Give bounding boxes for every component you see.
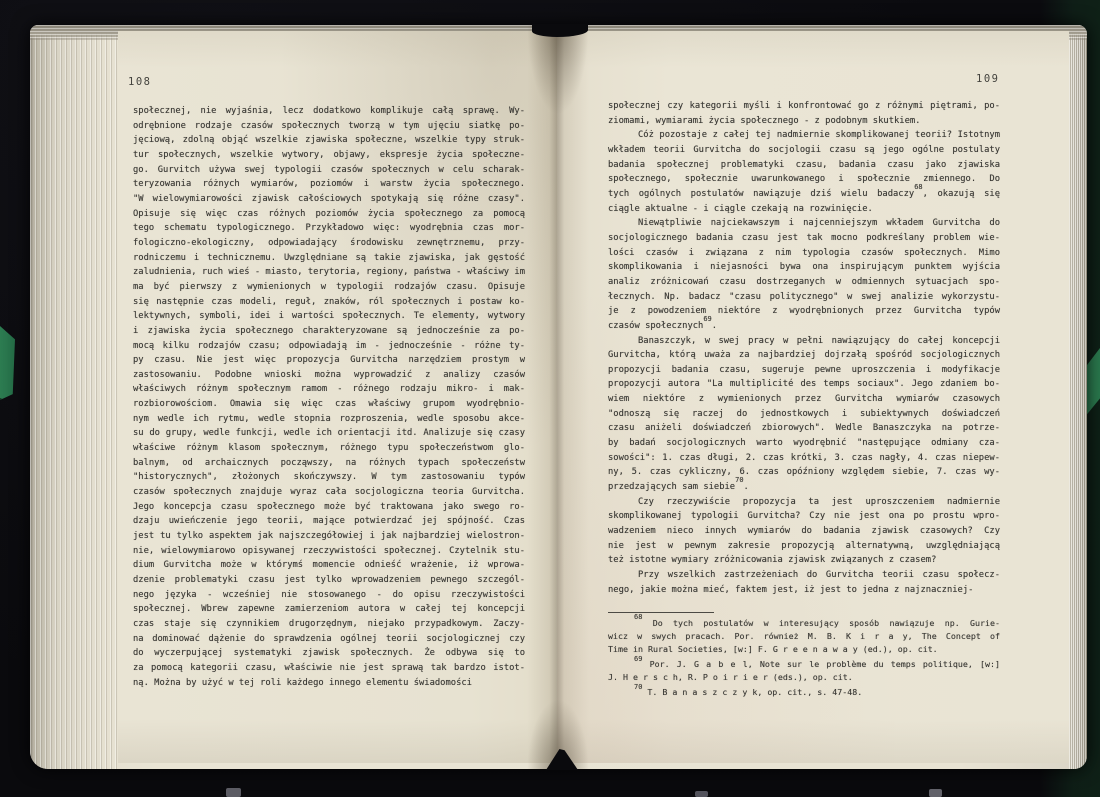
text-line: czas staje się czynnikiem drugorzędnym, … (133, 617, 525, 632)
text-line: zastosowaniu. Podobne wnioski można wypr… (133, 368, 525, 383)
text-line: dzaju uwieńczenie jego teorii, mające po… (133, 514, 525, 529)
text-line: mocą kilku rodzajów czasu; odpowiadają i… (133, 339, 525, 354)
text-line: Czy rzeczywiście propozycja ta jest upro… (608, 495, 1000, 510)
text-line: do wyczerpującej systematyki zjawisk spo… (133, 646, 525, 661)
text-line: J. H e r s c h, R. P o i r i e r (eds.),… (608, 671, 1000, 684)
text-line: by badań socjologicznych warto wyodrębni… (608, 436, 1000, 451)
paragraph: Czy rzeczywiście propozycja ta jest upro… (608, 495, 1000, 568)
text-line: ma być pierwszy z wymienionych w typolog… (133, 280, 525, 295)
page-number-right: 109 (976, 73, 999, 85)
text-line: py czasu. Nie jest więc propozycja Gurvi… (133, 353, 525, 368)
text-line: ciągle aktualne - i ciągle czekają na ro… (608, 202, 1000, 217)
scanner-artifact (226, 788, 241, 797)
text-line: propozycji autora "La multiplicité des t… (608, 377, 1000, 392)
right-page-text: społecznej czy kategorii myśli i konfron… (608, 99, 1000, 597)
text-line: społecznej, nie wyjaśnia, lecz dodatkowo… (133, 104, 525, 119)
text-line: analiz zróżnicowań czasu dostrzeganych w… (608, 275, 1000, 290)
page-stack-right-edge (1069, 25, 1087, 769)
text-line: ną. Można by użyć w tej roli każdego inn… (133, 676, 525, 691)
text-line: je z powodzeniem niektóre z wyodrębniony… (608, 304, 1000, 319)
paragraph: Banaszczyk, w swej pracy w pełni nawiązu… (608, 334, 1000, 495)
text-line: 70 T. B a n a s z c z y k, op. cit., s. … (608, 686, 1000, 699)
text-line: lektywnych, symboli, idei i wartości spo… (133, 309, 525, 324)
text-line: balnym, od archaicznych począwszy, na ró… (133, 456, 525, 471)
text-line: Niewątpliwie najciekawszym i najcenniejs… (608, 216, 1000, 231)
text-line: 69 Por. J. G a b e l, Note sur le problè… (608, 658, 1000, 671)
book-cover-green-left (0, 326, 15, 400)
text-line: przedzających sam siebie70. (608, 480, 1000, 495)
paragraph: Cóż pozostaje z całej tej nadmiernie sko… (608, 128, 1000, 216)
text-line: Przy wszelkich zastrzeżeniach do Gurvitc… (608, 568, 1000, 583)
text-line: wkładem teorii Gurvitcha do socjologii c… (608, 143, 1000, 158)
text-line: zaludnienia, ruch wieś - miasto, terytor… (133, 265, 525, 280)
text-line: skomplikowanej typologii Gurvitcha? Czy … (608, 509, 1000, 524)
text-line: na dominować dążenie do sprawdzenia ogól… (133, 632, 525, 647)
paragraph: społecznej czy kategorii myśli i konfron… (608, 99, 1000, 128)
left-page: 108 społecznej, nie wyjaśnia, lecz dodat… (118, 31, 557, 763)
paragraph: 68 Do tych postulatów w interesujący spo… (608, 617, 1000, 656)
text-line: nego, jakie można mieć, faktem jest, iż … (608, 583, 1000, 598)
footnotes: 68 Do tych postulatów w interesujący spo… (608, 617, 1000, 702)
page-number-left: 108 (128, 76, 151, 88)
paragraph: Przy wszelkich zastrzeżeniach do Gurvitc… (608, 568, 1000, 597)
text-line: Opisuje się więc czas różnych poziomów ż… (133, 207, 525, 222)
text-line: dium Gurvitcha może w którymś momencie o… (133, 558, 525, 573)
paragraph: społecznej, nie wyjaśnia, lecz dodatkowo… (133, 104, 525, 690)
text-line: czasu aniżeli doświadczeń zbiorowych". W… (608, 421, 1000, 436)
text-line: społecznej. Wbrew zapewne zamierzeniom a… (133, 602, 525, 617)
text-line: nego języka - wcześniej nie stosowanego … (133, 588, 525, 603)
paragraph: Niewątpliwie najciekawszym i najcenniejs… (608, 216, 1000, 333)
text-line: jest tu tylko aspektem jak najszczegółow… (133, 529, 525, 544)
left-page-text: społecznej, nie wyjaśnia, lecz dodatkowo… (133, 104, 525, 690)
text-line: "historycznych", złożonych skończywszy. … (133, 470, 525, 485)
text-line: Banaszczyk, w swej pracy w pełni nawiązu… (608, 334, 1000, 349)
text-line: "odnoszą się raczej do jednostkowych i s… (608, 407, 1000, 422)
footnote-separator (608, 612, 714, 613)
scanner-artifact (695, 791, 708, 797)
text-line: społecznej czy kategorii myśli i konfron… (608, 99, 1000, 114)
text-line: sowości": 1. czas długi, 2. czas krótki,… (608, 451, 1000, 466)
text-line: właściwe różnym klasom społecznym, różne… (133, 441, 525, 456)
text-line: wiem niektóre z wymienionych przez Gurvi… (608, 392, 1000, 407)
text-line: nie, wielowymiarowo opisywanej rzeczywis… (133, 544, 525, 559)
text-line: właściwych różnym społecznym ramom - róż… (133, 382, 525, 397)
text-line: nie jest w pewnym zakresie propozycją al… (608, 539, 1000, 554)
scanned-book-photo: 108 społecznej, nie wyjaśnia, lecz dodat… (0, 0, 1100, 797)
open-book: 108 społecznej, nie wyjaśnia, lecz dodat… (30, 25, 1087, 769)
text-line: teryzowania różnych wymiarów, poziomów i… (133, 177, 525, 192)
text-line: czasów społecznych69. (608, 319, 1000, 334)
text-line: odrębnione rodzaje czasów społecznych tw… (133, 119, 525, 134)
text-line: 68 Do tych postulatów w interesujący spo… (608, 617, 1000, 630)
text-line: jęciową, zdolną objąć wszelkie zjawiska … (133, 133, 525, 148)
text-line: wadzeniem nieco innych wymiarów do badan… (608, 524, 1000, 539)
text-line: "W wielowymiarowości zjawisk całościowyc… (133, 192, 525, 207)
text-line: propozycji badania czasu, sugeruje pewne… (608, 363, 1000, 378)
text-line: Time in Rural Societies, [w:] F. G r e e… (608, 643, 1000, 656)
text-line: ziomami, wymiarami życia społecznego - z… (608, 114, 1000, 129)
text-line: su do grupy, wedle funkcji, wedle ich or… (133, 426, 525, 441)
right-page: 109 społecznej czy kategorii myśli i kon… (557, 31, 1069, 763)
text-line: dzenie problematyki czasu jest tylko wpr… (133, 573, 525, 588)
text-line: lości czasów i związana z nim typologia … (608, 246, 1000, 261)
text-line: Cóż pozostaje z całej tej nadmiernie sko… (608, 128, 1000, 143)
paragraph: 70 T. B a n a s z c z y k, op. cit., s. … (608, 686, 1000, 699)
text-line: czasów społecznych znajduje wyraz cała s… (133, 485, 525, 500)
text-line: Jego koncepcja czasu społecznego może by… (133, 500, 525, 515)
text-line: i zjawiska życia społecznego charakteryz… (133, 324, 525, 339)
text-line: rozbiorowościom. Omawia się więc czas wł… (133, 397, 525, 412)
text-line: też istotne wymiary zróżnicowania zjawis… (608, 553, 1000, 568)
text-line: Gurvitcha, którą uważa za najbardziej do… (608, 348, 1000, 363)
page-stack-left-edge (30, 25, 118, 769)
scanner-artifact (929, 789, 942, 797)
text-line: tych ogólnych postulatów nawiązuje dziś … (608, 187, 1000, 202)
text-line: tego schematu typologicznego. Przykładow… (133, 221, 525, 236)
text-line: się następnie czas modeli, reguł, znaków… (133, 295, 525, 310)
paragraph: 69 Por. J. G a b e l, Note sur le problè… (608, 658, 1000, 684)
text-line: społecznego, społecznie uwarunkowanego i… (608, 172, 1000, 187)
text-line: rodniczemu i technicznemu. Uwzględniane … (133, 251, 525, 266)
text-line: fologiczno-ekologiczny, odpowiadający śr… (133, 236, 525, 251)
text-line: ny, 5. czas cykliczny, 6. czas opóźniony… (608, 465, 1000, 480)
text-line: łecznych. Np. badacz "czasu politycznego… (608, 290, 1000, 305)
text-line: wicz w swych pracach. Por. również M. B.… (608, 630, 1000, 643)
text-line: skomplikowania i niejasności bywa ona in… (608, 260, 1000, 275)
text-line: za pomocą kategorii czasu, właściwie nie… (133, 661, 525, 676)
text-line: go. Gurvitch używa swej typologii czasów… (133, 163, 525, 178)
text-line: nym wedle ich rytmu, wedle stopnia rozpr… (133, 412, 525, 427)
text-line: socjologicznego badania czasu jest tak m… (608, 231, 1000, 246)
text-line: badania społecznej problematyki czasu, b… (608, 158, 1000, 173)
text-line: tur społecznych, wszelkie wytwory, objaw… (133, 148, 525, 163)
